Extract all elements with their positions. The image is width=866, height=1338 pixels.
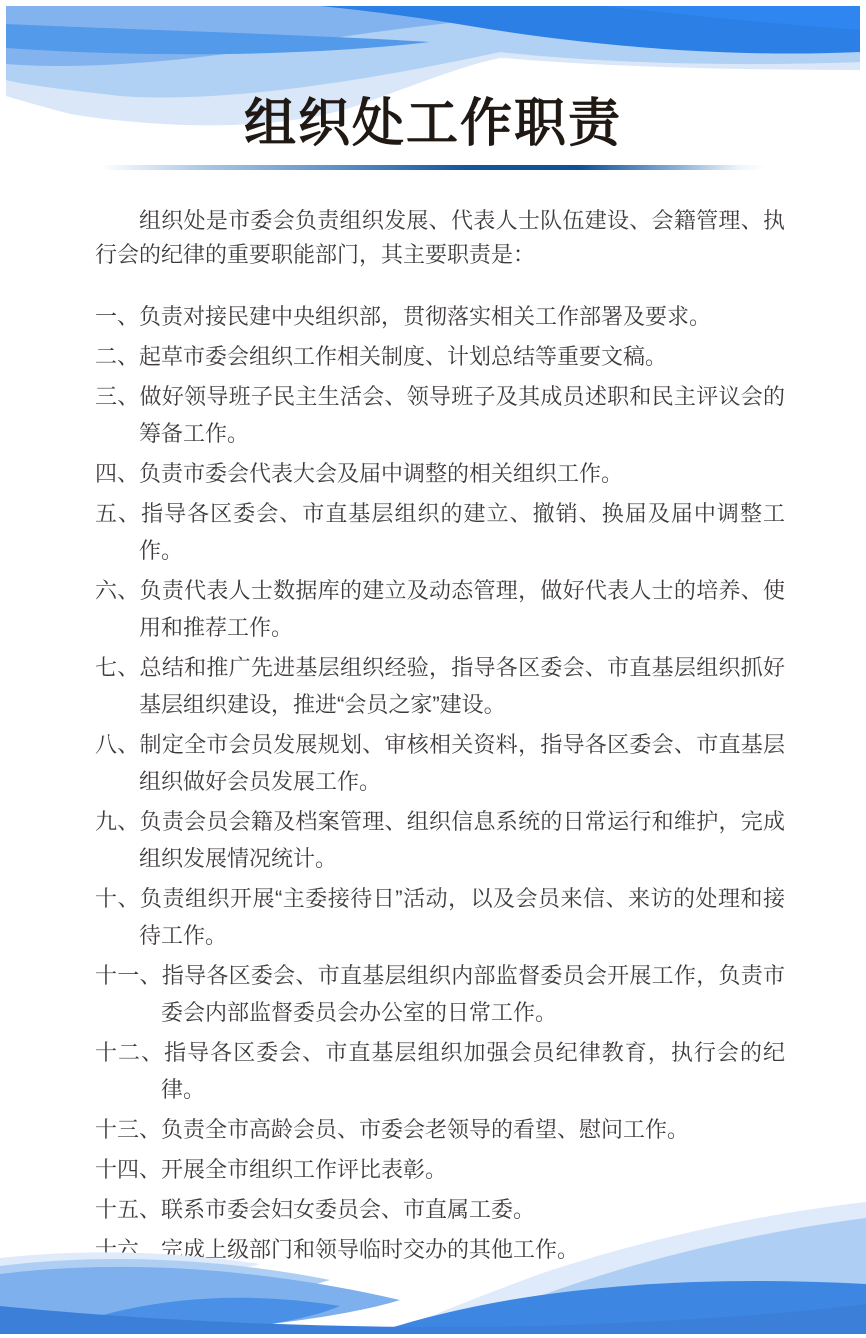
item-text: 开展全市组织工作评比表彰。 bbox=[161, 1157, 447, 1182]
item-text: 负责对接民建中央组织部，贯彻落实相关工作部署及要求。 bbox=[139, 304, 711, 329]
item-text: 指导各区委会、市直基层组织的建立、撤销、换届及届中调整工作。 bbox=[139, 501, 785, 563]
list-item: 三、做好领导班子民主生活会、领导班子及其成员述职和民主评议会的筹备工作。 bbox=[95, 378, 785, 452]
item-text: 负责全市高龄会员、市委会老领导的看望、慰问工作。 bbox=[161, 1117, 689, 1142]
page-title: 组织处工作职责 bbox=[0, 92, 866, 156]
item-text: 做好领导班子民主生活会、领导班子及其成员述职和民主评议会的筹备工作。 bbox=[139, 384, 785, 446]
item-number: 三、 bbox=[95, 384, 140, 409]
list-item: 四、负责市委会代表大会及届中调整的相关组织工作。 bbox=[95, 455, 785, 492]
item-number: 十四、 bbox=[95, 1157, 161, 1182]
list-item: 六、负责代表人士数据库的建立及动态管理，做好代表人士的培养、使用和推荐工作。 bbox=[95, 572, 785, 646]
item-text: 负责组织开展“主委接待日”活动，以及会员来信、来访的处理和接待工作。 bbox=[139, 886, 785, 948]
item-text: 指导各区委会、市直基层组织内部监督委员会开展工作，负责市委会内部监督委员会办公室… bbox=[161, 963, 785, 1025]
title-divider bbox=[100, 165, 766, 170]
bottom-wave-decoration bbox=[0, 1188, 866, 1338]
list-item: 八、制定全市会员发展规划、审核相关资料，指导各区委会、市直基层组织做好会员发展工… bbox=[95, 726, 785, 800]
item-text: 总结和推广先进基层组织经验，指导各区委会、市直基层组织抓好基层组织建设，推进“会… bbox=[139, 655, 785, 717]
item-number: 六、 bbox=[95, 578, 140, 603]
item-number: 七、 bbox=[95, 655, 140, 680]
list-item: 一、负责对接民建中央组织部，贯彻落实相关工作部署及要求。 bbox=[95, 298, 785, 335]
list-item: 七、总结和推广先进基层组织经验，指导各区委会、市直基层组织抓好基层组织建设，推进… bbox=[95, 649, 785, 723]
item-text: 负责会员会籍及档案管理、组织信息系统的日常运行和维护，完成组织发展情况统计。 bbox=[139, 809, 785, 871]
item-number: 十二、 bbox=[95, 1040, 164, 1065]
item-text: 负责市委会代表大会及届中调整的相关组织工作。 bbox=[139, 461, 623, 486]
item-number: 八、 bbox=[95, 732, 140, 757]
item-number: 一、 bbox=[95, 304, 139, 329]
item-text: 起草市委会组织工作相关制度、计划总结等重要文稿。 bbox=[139, 344, 667, 369]
list-item: 十二、指导各区委会、市直基层组织加强会员纪律教育，执行会的纪律。 bbox=[95, 1034, 785, 1108]
item-number: 十一、 bbox=[95, 963, 162, 988]
item-text: 负责代表人士数据库的建立及动态管理，做好代表人士的培养、使用和推荐工作。 bbox=[139, 578, 785, 640]
list-item: 五、指导各区委会、市直基层组织的建立、撤销、换届及届中调整工作。 bbox=[95, 495, 785, 569]
item-number: 十三、 bbox=[95, 1117, 161, 1142]
list-item: 十四、开展全市组织工作评比表彰。 bbox=[95, 1151, 785, 1188]
item-number: 五、 bbox=[95, 501, 141, 526]
intro-paragraph: 组织处是市委会负责组织发展、代表人士队伍建设、会籍管理、执行会的纪律的重要职能部… bbox=[95, 204, 785, 272]
item-number: 九、 bbox=[95, 809, 140, 834]
item-number: 十、 bbox=[95, 886, 140, 911]
list-item: 十、负责组织开展“主委接待日”活动，以及会员来信、来访的处理和接待工作。 bbox=[95, 880, 785, 954]
list-item: 十一、指导各区委会、市直基层组织内部监督委员会开展工作，负责市委会内部监督委员会… bbox=[95, 957, 785, 1031]
content-area: 组织处是市委会负责组织发展、代表人士队伍建设、会籍管理、执行会的纪律的重要职能部… bbox=[95, 204, 785, 1271]
duty-list: 一、负责对接民建中央组织部，贯彻落实相关工作部署及要求。 二、起草市委会组织工作… bbox=[95, 298, 785, 1268]
item-text: 制定全市会员发展规划、审核相关资料，指导各区委会、市直基层组织做好会员发展工作。 bbox=[139, 732, 785, 794]
item-text: 指导各区委会、市直基层组织加强会员纪律教育，执行会的纪律。 bbox=[161, 1040, 785, 1102]
list-item: 十三、负责全市高龄会员、市委会老领导的看望、慰问工作。 bbox=[95, 1111, 785, 1148]
list-item: 二、起草市委会组织工作相关制度、计划总结等重要文稿。 bbox=[95, 338, 785, 375]
list-item: 九、负责会员会籍及档案管理、组织信息系统的日常运行和维护，完成组织发展情况统计。 bbox=[95, 803, 785, 877]
item-number: 二、 bbox=[95, 344, 139, 369]
poster-page: 组织处工作职责 组织处是市委会负责组织发展、代表人士队伍建设、会籍管理、执行会的… bbox=[0, 0, 866, 1338]
item-number: 四、 bbox=[95, 461, 139, 486]
